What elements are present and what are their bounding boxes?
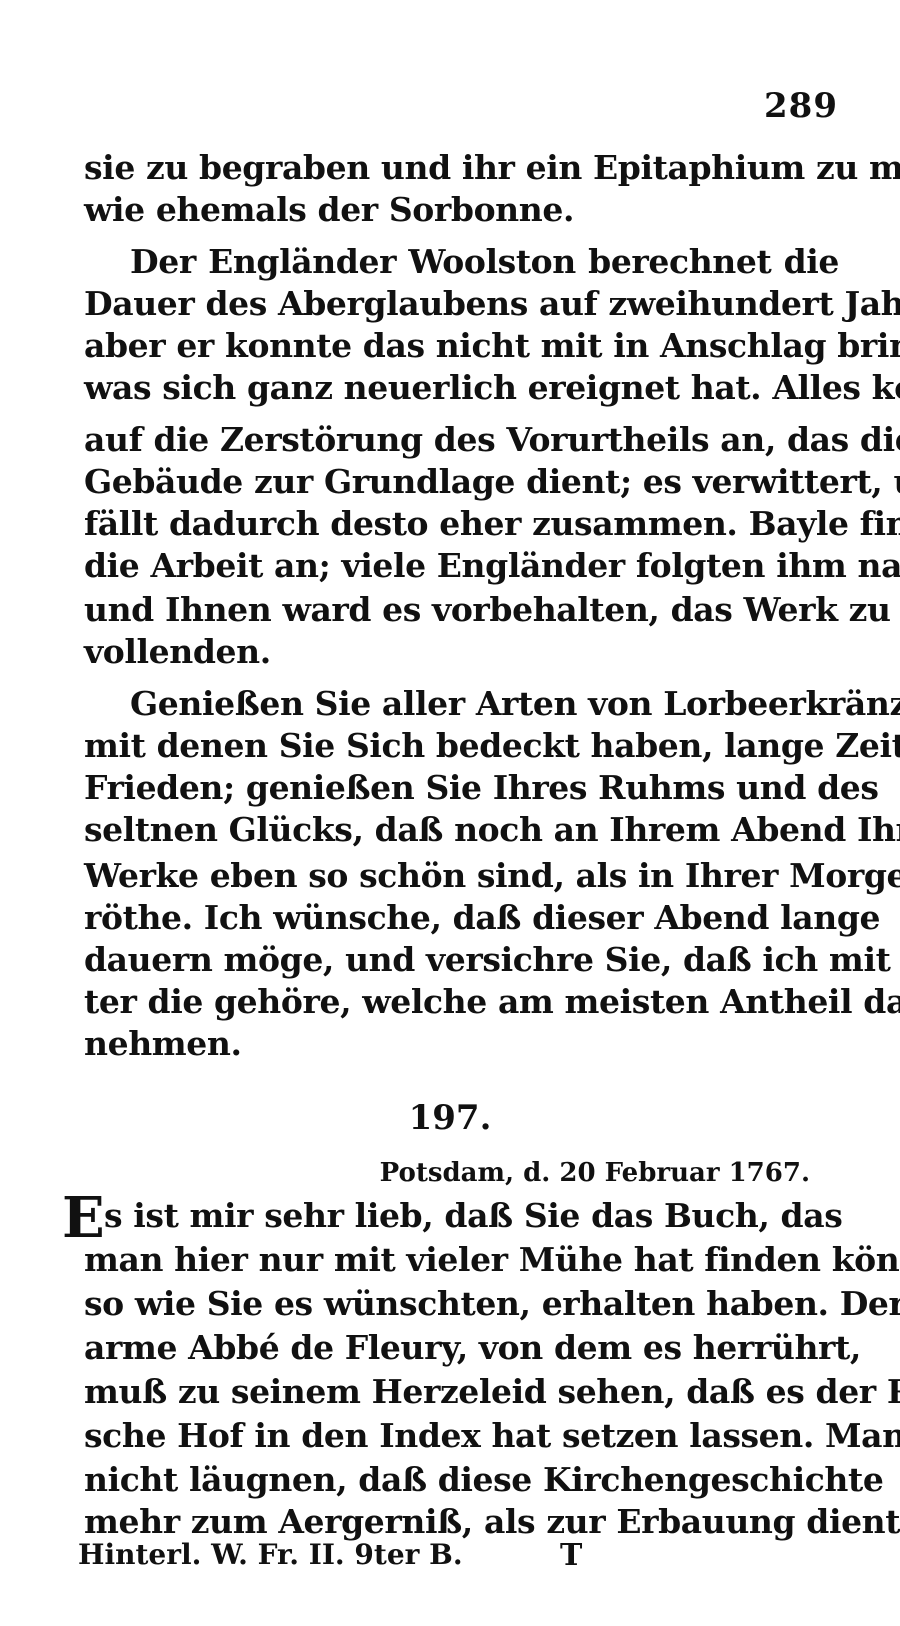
text-line: die Arbeit an; viele Engländer folgten i…	[84, 546, 839, 586]
text-line: Gebäude zur Grundlage dient; es verwitte…	[84, 462, 839, 502]
text-line: sie zu begraben und ihr ein Epitaphium z…	[84, 148, 839, 188]
text-line: arme Abbé de Fleury, von dem es herrührt…	[84, 1328, 839, 1368]
text-line: nicht läugnen, daß diese Kirchengeschich…	[84, 1460, 839, 1500]
text-line: und Ihnen ward es vorbehalten, das Werk …	[84, 590, 839, 630]
text-line: Werke eben so schön sind, als in Ihrer M…	[84, 856, 839, 896]
signature-mark: T	[560, 1538, 582, 1573]
text-line: muß zu seinem Herzeleid sehen, daß es de…	[84, 1372, 839, 1412]
text-line: so wie Sie es wünschten, erhalten haben.…	[84, 1284, 839, 1324]
text-line: vollenden.	[84, 632, 839, 672]
text-line: Der Engländer Woolston berechnet die	[130, 242, 839, 282]
text-line: auf die Zerstörung des Vorurtheils an, d…	[84, 420, 839, 460]
signature-line: Hinterl. W. Fr. II. 9ter B.	[78, 1538, 463, 1571]
text-line: ter die gehöre, welche am meisten Anthei…	[84, 982, 839, 1022]
text-line: röthe. Ich wünsche, daß dieser Abend lan…	[84, 898, 839, 938]
text-line: seltnen Glücks, daß noch an Ihrem Abend …	[84, 810, 839, 850]
text-line: dauern möge, und versichre Sie, daß ich …	[84, 940, 839, 980]
book-page: 289 sie zu begraben und ihr ein Epitaphi…	[0, 0, 900, 1626]
text-line: was sich ganz neuerlich ereignet hat. Al…	[84, 368, 839, 408]
text-line: man hier nur mit vieler Mühe hat finden …	[84, 1240, 839, 1280]
text-line: Frieden; genießen Sie Ihres Ruhms und de…	[84, 768, 839, 808]
letter-number: 197.	[0, 1098, 900, 1138]
text-line: Genießen Sie aller Arten von Lorbeerkrän…	[130, 684, 839, 724]
text-line: Dauer des Aberglaubens auf zweihundert J…	[84, 284, 839, 324]
text-line: mehr zum Aergerniß, als zur Erbauung die…	[84, 1502, 839, 1542]
letter-dateline: Potsdam, d. 20 Februar 1767.	[380, 1158, 810, 1188]
text-line: s ist mir sehr lieb, daß Sie das Buch, d…	[104, 1196, 839, 1236]
drop-cap: E	[62, 1188, 105, 1248]
text-line: aber er konnte das nicht mit in Anschlag…	[84, 326, 839, 366]
text-line: nehmen.	[84, 1024, 839, 1064]
text-line: wie ehemals der Sorbonne.	[84, 190, 839, 230]
page-number: 289	[764, 86, 838, 126]
text-line: mit denen Sie Sich bedeckt haben, lange …	[84, 726, 839, 766]
text-line: fällt dadurch desto eher zusammen. Bayle…	[84, 504, 839, 544]
text-line: sche Hof in den Index hat setzen lassen.…	[84, 1416, 839, 1456]
